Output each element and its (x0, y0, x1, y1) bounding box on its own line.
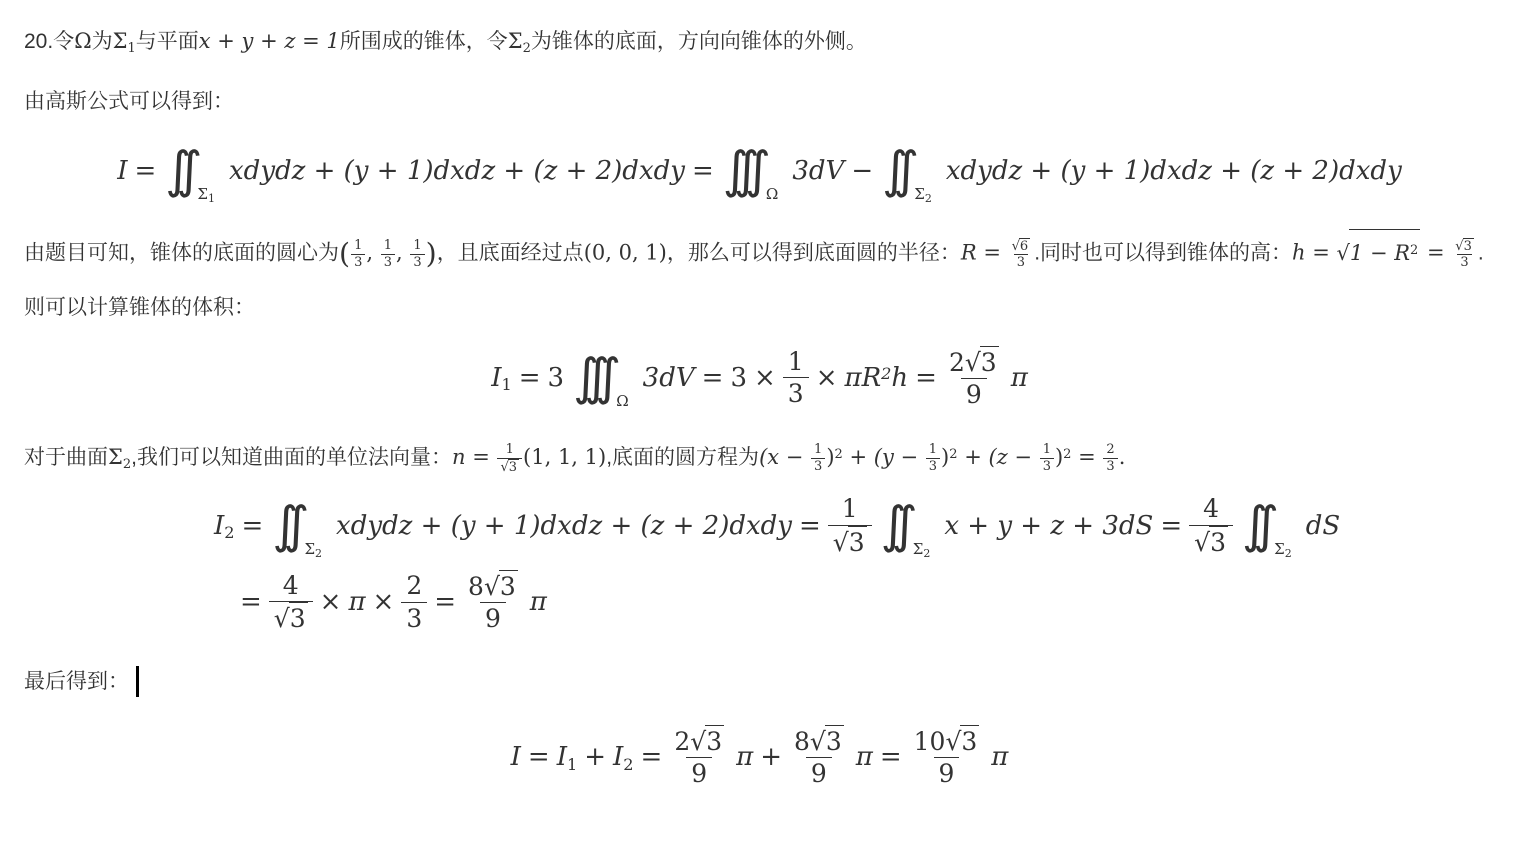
sigma-base: Σ (197, 185, 208, 203)
text-run: 对于曲面 (24, 446, 108, 469)
math-var-R: R (961, 241, 977, 265)
text-run: 与平面 (136, 30, 199, 53)
square-root: √1 − R2 (1337, 241, 1421, 265)
comma: , (366, 241, 379, 265)
integrand: xdydz + (y + 1)dxdz + (z + 2)dxdy (229, 156, 685, 186)
text-run: 为锥体的底面，方向向锥体的外侧。 (531, 30, 867, 53)
triple-integral-omega: ∫∫∫Ω (573, 352, 634, 403)
fraction-denominator: 3 (351, 254, 365, 271)
radicand: 3 (848, 526, 867, 558)
fraction-10sqrt3-over-9: 10√39 (909, 725, 985, 790)
integrand: 3dV (643, 363, 695, 393)
limit-subscript: 2 (925, 192, 932, 205)
equals-sign: = (915, 363, 937, 393)
radical-sign: √ (1337, 230, 1350, 276)
exponent: 2 (1063, 447, 1071, 462)
fraction-denominator: 9 (961, 378, 987, 410)
times-sign: × (373, 587, 395, 617)
pi-symbol: π (348, 587, 365, 617)
limit-subscript: 2 (315, 547, 322, 560)
var-subscript: 2 (224, 523, 234, 542)
equals-sign: = (1306, 241, 1337, 265)
integral-sign: ∫∫∫ (573, 352, 621, 403)
sigma2-symbol: Σ2 (108, 445, 131, 469)
integral-limit: Σ2 (304, 540, 322, 558)
radicand: 3 (825, 725, 844, 757)
integrand: x + y + z + 3dS (944, 511, 1153, 541)
radical-sign: √ (274, 603, 290, 634)
square-root: √3 (1194, 528, 1228, 557)
radicand: 3 (1209, 526, 1228, 558)
radical-sign: √ (833, 527, 849, 558)
equals-sign: = (519, 363, 541, 393)
math-var-I1: I1 (491, 363, 512, 393)
left-paren: ( (339, 237, 350, 270)
fraction-4-over-sqrt3: 4√3 (269, 570, 313, 635)
fraction-denominator: √3 (497, 458, 522, 476)
square-root: √3 (945, 727, 979, 756)
fraction-numerator: 1 (783, 346, 809, 377)
formula-I1-volume: I1 = 3 ∫∫∫Ω 3dV = 3 × 13 × πR2h = 2√39 π (24, 346, 1495, 411)
sigma1-symbol: Σ1 (113, 29, 136, 53)
fraction-8sqrt3-over-9: 8√39 (789, 725, 849, 790)
fraction-sqrt6-over-3: √63 (1009, 238, 1034, 271)
math-var-I1: I1 (557, 742, 578, 772)
fraction-denominator: √3 (269, 601, 313, 634)
fraction-1-over-sqrt3: 1√3 (828, 493, 872, 558)
fraction-denominator: 3 (926, 458, 940, 475)
fraction-8sqrt3-over-9: 8√39 (463, 570, 523, 635)
x-term: (x − (759, 445, 810, 469)
sigma-base: Σ (1274, 540, 1285, 558)
square-root: √6 (1012, 239, 1031, 254)
equals-sign: = (434, 587, 456, 617)
equals-sign: = (528, 742, 550, 772)
gauss-formula-intro: 由高斯公式可以得到： (24, 86, 1495, 119)
pi-symbol: π (1011, 363, 1028, 393)
coefficient: 3 (548, 363, 565, 393)
plus-sign: + (760, 742, 782, 772)
radicand: 3 (1463, 238, 1474, 255)
radicand: 3 (960, 725, 979, 757)
text-run: 最后得到： (24, 670, 129, 693)
fraction-numerator: 1 (381, 238, 395, 254)
equals-sign: = (702, 363, 724, 393)
radical-sign: √ (484, 571, 500, 602)
fraction-denominator: 3 (1457, 254, 1471, 271)
sigma-base: Σ (914, 185, 925, 203)
pi-symbol: π (856, 742, 873, 772)
fraction-numerator: 10√3 (909, 725, 985, 757)
double-integral-sigma2: ∫∫Σ2 (881, 500, 936, 551)
fraction-numerator: 2 (401, 570, 427, 601)
limit-subscript: 1 (208, 192, 215, 205)
limit-subscript: 2 (923, 547, 930, 560)
radicand: 6 (1019, 238, 1030, 255)
fraction-denominator: 9 (480, 602, 506, 634)
times-sign: × (320, 587, 342, 617)
integral-limit: Σ2 (913, 540, 931, 558)
fraction-denominator: 3 (401, 602, 427, 634)
right-paren: ) (826, 445, 834, 469)
closing-paren-squared: )2 (826, 445, 842, 469)
triple-integral-omega: ∫∫∫Ω (723, 145, 784, 196)
exponent: 2 (835, 447, 843, 462)
text-run: 为 (92, 30, 113, 53)
integrand: 3dV (792, 156, 844, 186)
pi-R2-h-expression: πR2h (844, 363, 908, 393)
radius-height-paragraph: 由题目可知，锥体的底面的圆心为(13, 13, 13)，且底面经过点(0, 0,… (24, 223, 1495, 332)
radical-sign: √ (690, 726, 706, 757)
radical-sign: √ (945, 726, 961, 757)
fraction-numerator: 1 (811, 442, 825, 458)
sigma-base: Σ (508, 29, 523, 53)
equals-sign: = (135, 156, 157, 186)
math-var-I: I (117, 156, 127, 186)
fraction-denominator: 9 (806, 757, 832, 789)
fraction-denominator: √3 (1189, 525, 1233, 558)
radicand: 3 (289, 602, 308, 634)
equals-sign: = (1071, 445, 1102, 469)
radical-sign: √ (1194, 527, 1210, 558)
fraction-numerator: 2√3 (669, 725, 729, 757)
sigma-subscript: 1 (127, 41, 135, 56)
sigma-base: Σ (304, 540, 315, 558)
fraction-sqrt3-over-3: √33 (1452, 238, 1477, 271)
double-integral-sigma1: ∫∫Σ1 (165, 145, 220, 196)
integral-limit: Σ2 (914, 185, 932, 203)
y-term: + (y − (843, 445, 925, 469)
fraction-numerator: 1 (503, 442, 517, 458)
closing-paren-squared: )2 (941, 445, 957, 469)
double-integral-sigma2: ∫∫Σ2 (1242, 500, 1297, 551)
var-subscript: 1 (567, 755, 577, 774)
fraction-numerator: 4 (1198, 493, 1224, 524)
integral-limit: Σ2 (1274, 540, 1292, 558)
fraction-numerator: √3 (1452, 238, 1477, 255)
fraction-2sqrt3-over-9: 2√39 (669, 725, 729, 790)
fraction-4-over-sqrt3: 4√3 (1189, 493, 1233, 558)
coefficient: 2 (674, 727, 690, 756)
coefficient: 3 (730, 363, 747, 393)
fraction: 13 (351, 238, 365, 270)
z-term: + (z − (958, 445, 1039, 469)
square-root: √3 (500, 460, 519, 475)
vector-components: (1, 1, 1) (523, 445, 606, 469)
math-var-n: n (452, 445, 466, 469)
math-var-I2: I2 (214, 511, 235, 541)
radicand: 3 (499, 570, 518, 602)
sigma-base: Σ (113, 29, 128, 53)
fraction: 13 (926, 442, 940, 474)
fraction-denominator: 3 (1014, 254, 1028, 271)
coefficient: 8 (468, 572, 484, 601)
square-root: √3 (484, 572, 518, 601)
coefficient: 10 (914, 727, 946, 756)
equals-sign: = (799, 511, 821, 541)
square-root: √3 (1455, 239, 1474, 254)
fraction: 13 (1040, 442, 1054, 474)
problem-statement: 20.令Ω为Σ1与平面x + y + z = 1所围成的锥体，令Σ2为锥体的底面… (24, 25, 1495, 59)
square-root: √3 (690, 727, 724, 756)
fraction-denominator: 9 (686, 757, 712, 789)
math-var-I2: I2 (613, 742, 634, 772)
text-run: ,我们可以知道曲面的单位法向量： (131, 446, 452, 469)
sigma-subscript: 2 (123, 457, 131, 472)
right-paren: ) (426, 237, 437, 270)
formula-gauss-decomposition: I = ∫∫Σ1 xdydz + (y + 1)dxdz + (z + 2)dx… (24, 145, 1495, 196)
fraction-2sqrt3-over-9: 2√39 (944, 346, 1004, 411)
radical-sign: √ (810, 726, 826, 757)
pi-symbol: π (530, 587, 547, 617)
fraction-denominator: √3 (828, 525, 872, 558)
radicand-exponent: 2 (1410, 243, 1418, 258)
text-run: ，且底面经过点 (437, 242, 584, 265)
fraction-numerator: √6 (1009, 238, 1034, 255)
pi-symbol: π (991, 742, 1008, 772)
equals-sign: = (641, 742, 663, 772)
fraction-denominator: 3 (1040, 458, 1054, 475)
square-root: √3 (274, 604, 308, 633)
fraction-numerator: 1 (1040, 442, 1054, 458)
normal-vector-paragraph: 对于曲面Σ2,我们可以知道曲面的单位法向量：n = 1√3(1, 1, 1),底… (24, 434, 1495, 481)
fraction-two-thirds: 23 (1103, 442, 1117, 474)
sigma-base: Σ (913, 540, 924, 558)
exponent: 2 (881, 364, 891, 383)
fraction-numerator: 1 (351, 238, 365, 254)
text-run: 由题目可知，锥体的底面的圆心为 (24, 242, 339, 265)
var-subscript: 2 (623, 755, 633, 774)
fraction-numerator: 1 (926, 442, 940, 458)
integral-limit: Ω (766, 185, 778, 203)
equals-sign: = (692, 156, 714, 186)
omega-base: Ω (766, 185, 778, 203)
radical-sign: √ (965, 347, 981, 378)
var-base: I (214, 511, 224, 541)
pi-R: πR (844, 363, 881, 393)
fraction-numerator: 1 (410, 238, 424, 254)
math-var-I: I (511, 742, 521, 772)
equals-sign: = (1160, 511, 1182, 541)
fraction-one-third: 13 (783, 346, 809, 410)
text-run: 由高斯公式可以得到： (24, 90, 234, 113)
text-run: 所围成的锥体，令 (340, 30, 508, 53)
radicand: 3 (980, 346, 999, 378)
double-integral-sigma2: ∫∫Σ2 (882, 145, 937, 196)
integral-sign: ∫∫∫ (723, 145, 771, 196)
coefficient: 2 (949, 348, 965, 377)
fraction: 13 (381, 238, 395, 270)
integral-limit: Ω (616, 392, 628, 410)
square-root: √3 (965, 348, 999, 377)
text-run: ,底面的圆方程为 (606, 446, 759, 469)
fraction-denominator: 3 (1103, 458, 1117, 475)
integrand: dS (1306, 511, 1340, 541)
text-run: .同时也可以得到锥体的高： (1034, 242, 1292, 265)
right-paren: ) (1055, 445, 1063, 469)
fraction-numerator: 8√3 (789, 725, 849, 757)
fraction-numerator: 8√3 (463, 570, 523, 602)
equals-sign: = (466, 445, 497, 469)
text-caret (136, 666, 139, 697)
equals-sign: = (977, 241, 1008, 265)
sigma2-symbol: Σ2 (508, 29, 531, 53)
plane-equation: x + y + z = 1 (199, 29, 340, 53)
math-var-h: h (1292, 241, 1306, 265)
equals-sign: = (242, 511, 264, 541)
square-root: √3 (810, 727, 844, 756)
var-base: I (557, 742, 567, 772)
equals-sign: = (1420, 241, 1451, 265)
editor-surface[interactable]: 20.令Ω为Σ1与平面x + y + z = 1所围成的锥体，令Σ2为锥体的底面… (0, 0, 1519, 789)
pi-symbol: π (736, 742, 753, 772)
equals-sign: = (240, 587, 262, 617)
fraction-two-thirds: 23 (401, 570, 427, 634)
fraction-denominator: 9 (934, 757, 960, 789)
radicand-expression: 1 − R (1350, 241, 1410, 265)
fraction-1-over-sqrt3: 1√3 (497, 442, 522, 475)
period: . (1119, 445, 1126, 469)
var-h: h (891, 363, 908, 393)
comma: , (396, 241, 409, 265)
text-run: ，那么可以得到底面圆的半径： (667, 242, 961, 265)
times-sign: × (754, 363, 776, 393)
fraction-numerator: 4 (278, 570, 304, 601)
integrand: xdydz + (y + 1)dxdz + (z + 2)dxdy (946, 156, 1402, 186)
double-integral-sigma2: ∫∫Σ2 (272, 500, 327, 551)
equals-sign: = (880, 742, 902, 772)
fraction-numerator: 2√3 (944, 346, 1004, 378)
fraction-denominator: 3 (381, 254, 395, 271)
point-coordinates: (0, 0, 1) (584, 241, 667, 265)
minus-sign: − (851, 156, 873, 186)
integral-limit: Σ1 (197, 185, 215, 203)
text-run: 20.令 (24, 30, 74, 53)
conclusion-intro: 最后得到： (24, 666, 1495, 699)
fraction-denominator: 3 (811, 458, 825, 475)
omega-symbol: Ω (74, 29, 91, 53)
radicand: 3 (508, 459, 519, 476)
formula-final-result: I = I1 + I2 = 2√39 π + 8√39 π = 10√39 π (24, 725, 1495, 790)
closing-paren-squared: )2 (1055, 445, 1071, 469)
times-sign: × (816, 363, 838, 393)
fraction-denominator: 3 (410, 254, 424, 271)
radicand: 3 (705, 725, 724, 757)
formula-I2-evaluation: I2 = ∫∫Σ2 xdydz + (y + 1)dxdz + (z + 2)d… (24, 493, 1495, 634)
plus-sign: + (584, 742, 606, 772)
exponent: 2 (949, 447, 957, 462)
fraction: 13 (811, 442, 825, 474)
formula-I2-line2: = 4√3 × π × 23 = 8√39 π (240, 570, 1495, 635)
coefficient: 8 (794, 727, 810, 756)
fraction: 13 (410, 238, 424, 270)
sigma-base: Σ (108, 445, 123, 469)
formula-I2-line1: I2 = ∫∫Σ2 xdydz + (y + 1)dxdz + (z + 2)d… (214, 493, 1495, 558)
var-base: I (491, 363, 501, 393)
var-base: I (613, 742, 623, 772)
radicand: 1 − R2 (1349, 229, 1420, 276)
fraction-denominator: 3 (783, 377, 809, 409)
square-root: √3 (833, 528, 867, 557)
integrand: xdydz + (y + 1)dxdz + (z + 2)dxdy (336, 511, 792, 541)
omega-base: Ω (616, 392, 628, 410)
var-subscript: 1 (501, 375, 511, 394)
fraction-numerator: 2 (1103, 442, 1117, 458)
limit-subscript: 2 (1285, 547, 1292, 560)
fraction-numerator: 1 (837, 493, 863, 524)
sigma-subscript: 2 (523, 41, 531, 56)
